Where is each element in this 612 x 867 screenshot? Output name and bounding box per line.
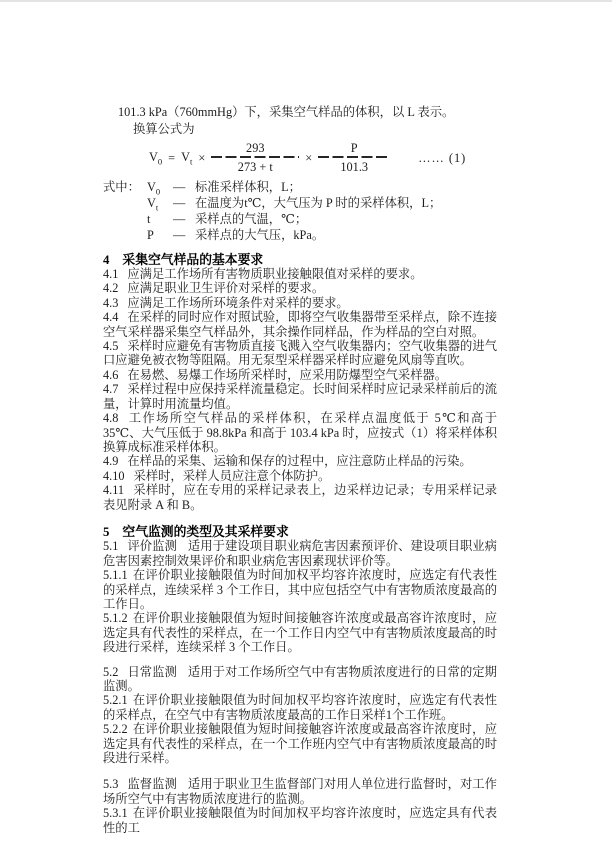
paragraph-continuation: 101.3 kPa（760mmHg）下，采集空气样品的体积，以 L 表示。 (103, 105, 497, 119)
definition-text: 采样点的大气压，kPa。 (195, 228, 497, 244)
where-label (103, 196, 147, 212)
dash: — (173, 228, 195, 244)
definition-row: Vt — 在温度为t℃，大气压为 P 时的采样体积，L； (103, 196, 497, 212)
definition-text: 采样点的气温，℃； (195, 212, 497, 228)
clause-4-1: 4.1应满足工作场所有害物质职业接触限值对采样的要求。 (103, 267, 497, 281)
definition-row: P — 采样点的大气压，kPa。 (103, 228, 497, 244)
clause-4-8: 4.8工作场所空气样品的采样体积，在采样点温度低于 5℃和高于 35℃、大气压低… (103, 411, 497, 454)
section-title: 采集空气样品的基本要求 (122, 253, 263, 267)
fraction-numerator: P (351, 141, 358, 155)
definition-row: t — 采样点的气温，℃； (103, 212, 497, 228)
clause-4-7: 4.7采样过程中应保持采样流量稳定。长时间采样时应记录采样前后的流量，计算时用流… (103, 382, 497, 411)
clause-5-1-1: 5.1.1在评价职业接触限值为时间加权平均容许浓度时，应选定有代表性的采样点，连… (103, 568, 497, 611)
equation-lhs: V0 (149, 150, 162, 166)
clause-5-2: 5.2日常监测适用于对工作场所空气中有害物质浓度进行的日常的定期监测。 (103, 665, 497, 694)
where-label: 式中： (103, 180, 147, 196)
section-number: 5 (103, 525, 109, 539)
clause-4-4: 4.4在采样的同时应作对照试验，即将空气收集器带至采样点，除不连接空气采样器采集… (103, 310, 497, 339)
clause-4-2: 4.2应满足职业卫生评价对采样的要求。 (103, 281, 497, 295)
fraction-denominator: 273 + t (238, 160, 273, 174)
clause-5-3: 5.3监督监测适用于职业卫生监督部门对用人单位进行监督时，对工作场所空气中有害物… (103, 777, 497, 806)
document-page: 101.3 kPa（760mmHg）下，采集空气样品的体积，以 L 表示。 换算… (103, 105, 497, 835)
clause-5-2-1: 5.2.1在评价职业接触限值为时间加权平均容许浓度时，应选定有代表性的采样点，在… (103, 693, 497, 722)
monitoring-type-term: 日常监测 (127, 665, 177, 679)
fraction-numerator: 293 (246, 141, 264, 155)
clause-5-3-1: 5.3.1在评价职业接触限值为时间加权平均容许浓度时，应选定具有代表性的工 (103, 806, 497, 835)
equals-sign: = (168, 151, 175, 165)
formula-lead: 换算公式为 (103, 122, 497, 136)
section-5-heading: 5空气监测的类型及其采样要求 (103, 525, 497, 539)
page-top-edge (0, 0, 612, 2)
symbol: P (147, 228, 173, 244)
section-title: 空气监测的类型及其采样要求 (122, 525, 288, 539)
clause-4-11: 4.11采样时，应在专用的采样记录表上，边采样边记录；专用采样记录表见附录 A … (103, 483, 497, 512)
section-number: 4 (103, 253, 109, 267)
where-label (103, 212, 147, 228)
fraction-bar (318, 156, 390, 158)
equation-rhs-var: Vt (181, 150, 192, 166)
definition-row: 式中： V0 — 标准采样体积，L； (103, 180, 497, 196)
clause-4-5: 4.5采样时应避免有害物质直接飞溅入空气收集器内；空气收集器的进气口应避免被衣物… (103, 339, 497, 368)
dash: — (173, 196, 195, 212)
clause-5-2-2: 5.2.2在评价职业接触限值为短时间接触容许浓度或最高容许浓度时，应选定具有代表… (103, 722, 497, 765)
section-4-heading: 4采集空气样品的基本要求 (103, 253, 497, 267)
equation-1: V0 = Vt × 293 273 + t × P 101.3 …… (1) (103, 141, 497, 175)
fraction-pressure: P 101.3 (318, 141, 390, 175)
where-label (103, 228, 147, 244)
dash: — (173, 212, 195, 228)
symbol: t (147, 212, 173, 228)
clause-4-10: 4.10采样时，采样人员应注意个体防护。 (103, 469, 497, 483)
symbol: V0 (147, 180, 173, 196)
clause-5-1: 5.1评价监测适用于建设项目职业病危害因素预评价、建设项目职业病危害因素控制效果… (103, 539, 497, 568)
definition-text: 标准采样体积，L； (195, 180, 497, 196)
fraction-bar (211, 156, 299, 158)
multiply-sign-2: × (305, 151, 312, 165)
multiply-sign-1: × (198, 151, 205, 165)
equation-number: …… (1) (418, 151, 466, 165)
monitoring-type-term: 评价监测 (127, 539, 177, 553)
dash: — (173, 180, 195, 196)
clause-4-6: 4.6在易燃、易爆工作场所采样时，应采用防爆型空气采样器。 (103, 368, 497, 382)
symbol: Vt (147, 196, 173, 212)
fraction-denominator: 101.3 (340, 160, 368, 174)
monitoring-type-term: 监督监测 (127, 777, 177, 791)
definition-text: 在温度为t℃，大气压为 P 时的采样体积，L； (195, 196, 497, 212)
clause-5-1-2: 5.1.2在评价职业接触限值为短时间接触容许浓度或最高容许浓度时，应选定具有代表… (103, 611, 497, 654)
clause-4-3: 4.3应满足工作场所环境条件对采样的要求。 (103, 296, 497, 310)
clause-4-9: 4.9在样品的采集、运输和保存的过程中，应注意防止样品的污染。 (103, 454, 497, 468)
fraction-temperature: 293 273 + t (211, 141, 299, 175)
